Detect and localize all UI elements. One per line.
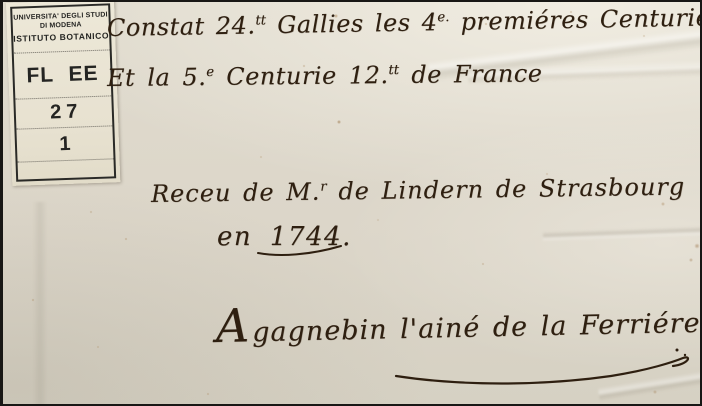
line2-text-c: de France — [399, 59, 543, 88]
line2-text-b: Centurie 12. — [214, 61, 389, 91]
manuscript-year-line: en 1744. — [217, 222, 352, 252]
line3-text-a: Receu de M. — [151, 178, 321, 208]
line1-superscript-tt: tt — [255, 13, 266, 28]
signature-initial: A — [215, 298, 250, 353]
line1-text-c: premiéres Centuries — [449, 3, 702, 36]
shelfmark-subnumber: 1 — [59, 132, 71, 155]
label-institution: UNIVERSITA' DEGLI STUDI DI MODENA ISTITU… — [12, 5, 110, 53]
line1-text-a: Constat 24. — [107, 11, 256, 42]
label-institution-line3: ISTITUTO BOTANICO — [13, 30, 109, 45]
line2-text-a: Et la 5. — [107, 63, 207, 92]
shelfmark-number: 27 — [45, 100, 83, 124]
line2-superscript-tt: tt — [388, 63, 399, 78]
line1-text-b: Gallies les 4 — [266, 8, 438, 39]
label-shelfmark-row1: FL EE — [14, 50, 112, 99]
label-shelfmark-row2: 27 — [15, 96, 112, 129]
line1-superscript-e: e. — [437, 10, 449, 25]
manuscript-line-2: Et la 5.e Centurie 12.tt de France — [107, 59, 543, 92]
line3-text-b: de Lindern de Strasbourg — [327, 173, 686, 206]
label-blank-area — [18, 159, 115, 179]
library-label: UNIVERSITA' DEGLI STUDI DI MODENA ISTITU… — [6, 0, 120, 186]
manuscript-page: UNIVERSITA' DEGLI STUDI DI MODENA ISTITU… — [0, 0, 702, 406]
shelfmark-code: FL EE — [26, 61, 99, 88]
label-shelfmark-row3: 1 — [16, 126, 113, 162]
library-label-border: UNIVERSITA' DEGLI STUDI DI MODENA ISTITU… — [10, 3, 116, 181]
